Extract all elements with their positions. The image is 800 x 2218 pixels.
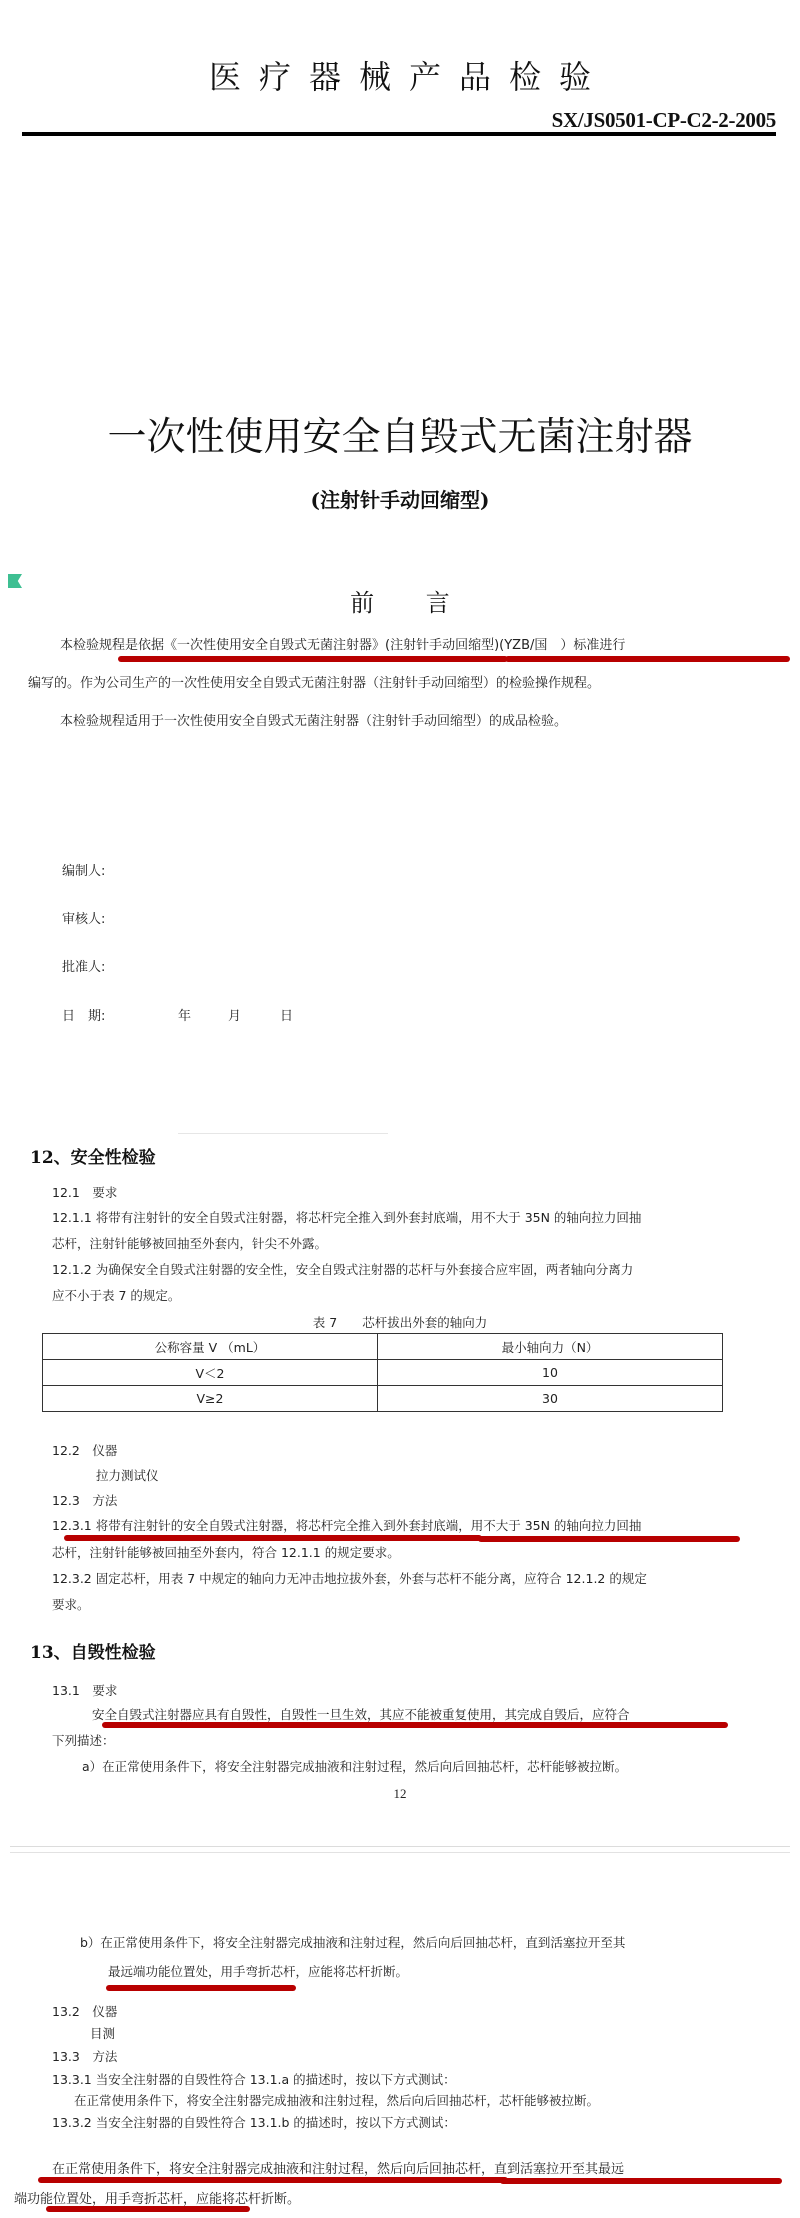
s13-3-1: 13.3.1 当安全注射器的自毁性符合 13.1.a 的描述时，按以下方式测试： — [52, 2070, 456, 2088]
header-rule — [22, 132, 776, 136]
s12-3-1-line1: 12.3.1 将带有注射针的安全自毁式注射器，将芯杆完全推入到外套封底端，用不大… — [52, 1516, 641, 1534]
s12-1-2-line2: 应不小于表 7 的规定。 — [52, 1286, 180, 1304]
s12-1-2-line1: 12.1.2 为确保安全自毁式注射器的安全性，安全自毁式注射器的芯杆与外套接合应… — [52, 1260, 633, 1278]
red-underline — [505, 656, 790, 662]
s13-3-2: 13.3.2 当安全注射器的自毁性符合 13.1.b 的描述时，按以下方式测试： — [52, 2113, 456, 2131]
header-title: 医疗器械产品检验 — [0, 52, 800, 98]
s12-1-label: 12.1 要求 — [52, 1183, 117, 1201]
item-b-line2: 最远端功能位置处，用手弯折芯杆，应能将芯杆折断。 — [108, 1962, 408, 1980]
section-12-heading: 12、安全性检验 — [30, 1143, 156, 1168]
page-break-line — [10, 1846, 790, 1847]
s13-1-line2: 下列描述： — [52, 1731, 115, 1749]
main-title: 一次性使用安全自毁式无菌注射器 — [0, 406, 800, 462]
red-underline — [46, 2206, 250, 2212]
document-code: SX/JS0501-CP-C2-2-2005 — [552, 108, 776, 133]
date-month: 月 — [228, 1005, 241, 1024]
s12-3-2-line1: 12.3.2 固定芯杆，用表 7 中规定的轴向力无冲击地拉拔外套，外套与芯杆不能… — [52, 1569, 647, 1587]
section-13-heading: 13、自毁性检验 — [30, 1638, 156, 1663]
approver-label: 批准人: — [62, 956, 105, 975]
item-b-line1: b）在正常使用条件下，将安全注射器完成抽液和注射过程，然后向后回抽芯杆，直到活塞… — [80, 1933, 625, 1951]
s13-3-2-line2: 端功能位置处，用手弯折芯杆，应能将芯杆折断。 — [14, 2188, 300, 2207]
red-underline — [38, 2177, 508, 2183]
s12-3-label: 12.3 方法 — [52, 1491, 117, 1509]
s13-1-line1: 安全自毁式注射器应具有自毁性，自毁性一旦生效，其应不能被重复使用，其完成自毁后，… — [92, 1705, 630, 1723]
divider — [178, 1133, 388, 1134]
table-cell: V＜2 — [43, 1360, 378, 1386]
s12-3-2-line2: 要求。 — [52, 1595, 90, 1613]
s12-2-body: 拉力测试仪 — [96, 1466, 159, 1484]
red-underline — [106, 1985, 296, 1991]
preface-para2: 本检验规程适用于一次性使用安全自毁式无菌注射器（注射针手动回缩型）的成品检验。 — [60, 710, 567, 729]
red-underline — [470, 1722, 728, 1728]
table-cell: 30 — [378, 1386, 723, 1412]
red-underline — [500, 2178, 782, 2184]
table-cell: V≥2 — [43, 1386, 378, 1412]
date-year: 年 — [178, 1005, 191, 1024]
table-header-cell: 最小轴向力（N） — [378, 1334, 723, 1360]
page-number: 12 — [0, 1786, 800, 1802]
s13-1-label: 13.1 要求 — [52, 1681, 117, 1699]
s12-3-1-line2: 芯杆，注射针能够被回抽至外套内，符合 12.1.1 的规定要求。 — [52, 1543, 400, 1561]
table-header-cell: 公称容量 V （mL） — [43, 1334, 378, 1360]
sub-title: (注射针手动回缩型) — [0, 484, 800, 513]
s13-2-body: 目测 — [90, 2024, 115, 2042]
item-a: a）在正常使用条件下，将安全注射器完成抽液和注射过程，然后向后回抽芯杆，芯杆能够… — [82, 1757, 627, 1775]
table-header-row: 公称容量 V （mL） 最小轴向力（N） — [43, 1334, 723, 1360]
red-underline — [64, 1535, 482, 1541]
table-row: V＜2 10 — [43, 1360, 723, 1386]
date-label: 日 期: — [62, 1005, 105, 1024]
s13-3-1-body: 在正常使用条件下，将安全注射器完成抽液和注射过程，然后向后回抽芯杆，芯杆能够被拉… — [74, 2091, 599, 2109]
preface-para1-line1: 本检验规程是依据《一次性使用安全自毁式无菌注射器》(注射针手动回缩型)(YZB/… — [60, 634, 625, 653]
s13-2-label: 13.2 仪器 — [52, 2002, 117, 2020]
axial-force-table: 公称容量 V （mL） 最小轴向力（N） V＜2 10 V≥2 30 — [42, 1333, 723, 1412]
reviewer-label: 审核人: — [62, 908, 105, 927]
table-caption: 表 7 芯杆拔出外套的轴向力 — [0, 1313, 800, 1331]
table-cell: 10 — [378, 1360, 723, 1386]
compiler-label: 编制人: — [62, 860, 105, 879]
red-underline — [102, 1722, 477, 1728]
page-break-line — [10, 1852, 790, 1853]
preface-para1-line2: 编写的。作为公司生产的一次性使用安全自毁式无菌注射器（注射针手动回缩型）的检验操… — [28, 672, 600, 691]
s13-3-label: 13.3 方法 — [52, 2047, 117, 2065]
red-underline — [478, 1536, 740, 1542]
s12-1-1-line2: 芯杆，注射针能够被回抽至外套内，针尖不外露。 — [52, 1234, 327, 1252]
red-underline — [118, 656, 508, 662]
table-row: V≥2 30 — [43, 1386, 723, 1412]
s12-2-label: 12.2 仪器 — [52, 1441, 117, 1459]
s13-3-2-line1: 在正常使用条件下，将安全注射器完成抽液和注射过程，然后向后回抽芯杆，直到活塞拉开… — [52, 2158, 624, 2177]
preface-title: 前 言 — [0, 583, 800, 618]
s12-1-1-line1: 12.1.1 将带有注射针的安全自毁式注射器，将芯杆完全推入到外套封底端，用不大… — [52, 1208, 641, 1226]
date-day: 日 — [280, 1005, 293, 1024]
